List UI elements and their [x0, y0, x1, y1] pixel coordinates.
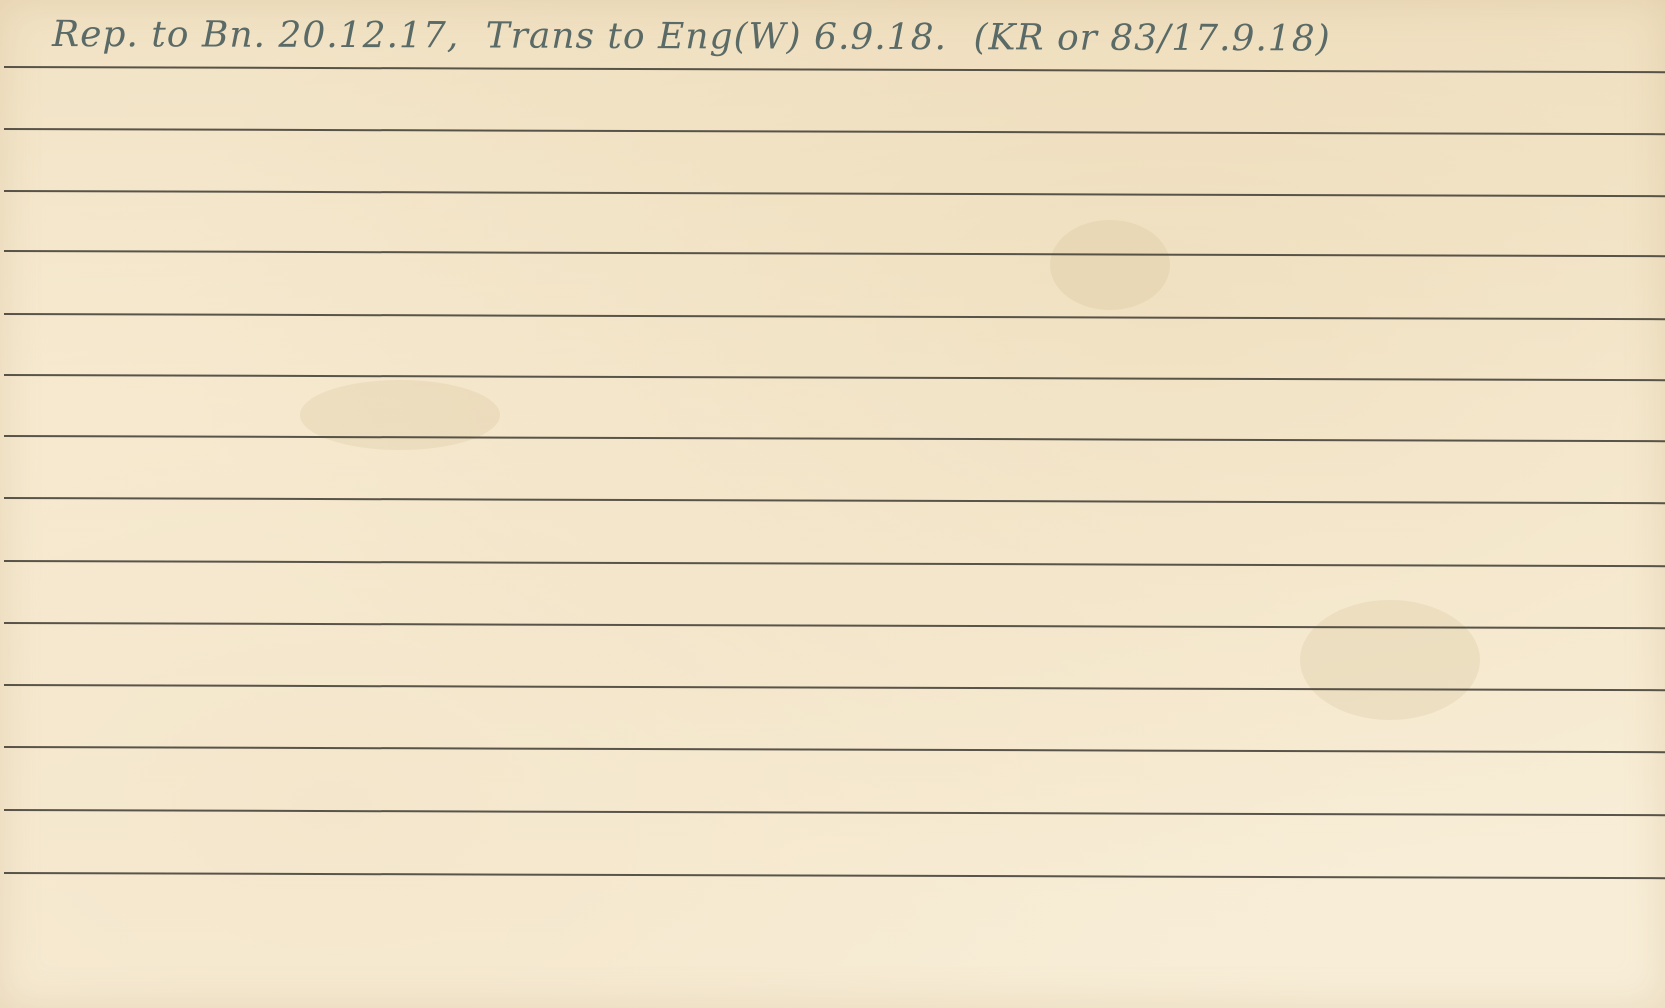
- ruled-line: [4, 809, 1665, 816]
- ruled-line: [4, 250, 1665, 257]
- entry-segment-reference: (KR or 83/17.9.18): [973, 17, 1330, 59]
- ruled-line: [4, 435, 1665, 442]
- stain: [1050, 220, 1170, 310]
- ruled-line: [4, 128, 1665, 135]
- record-card: Rep. to Bn. 20.12.17, Trans to Eng(W) 6.…: [0, 0, 1665, 1008]
- entry-segment-transfer: Trans to Eng(W) 6.9.18.: [486, 16, 948, 59]
- ruled-line: [4, 66, 1665, 73]
- ruled-line: [4, 313, 1665, 320]
- handwritten-entry: Rep. to Bn. 20.12.17, Trans to Eng(W) 6.…: [52, 14, 1345, 60]
- stain: [1300, 600, 1480, 720]
- entry-segment-reported: Rep. to Bn. 20.12.17,: [52, 14, 459, 56]
- ruled-line: [4, 190, 1665, 197]
- ruled-line: [4, 746, 1665, 753]
- stain: [300, 380, 500, 450]
- ruled-line: [4, 497, 1665, 504]
- ruled-line: [4, 374, 1665, 381]
- ruled-line: [4, 560, 1665, 567]
- ruled-line: [4, 872, 1665, 879]
